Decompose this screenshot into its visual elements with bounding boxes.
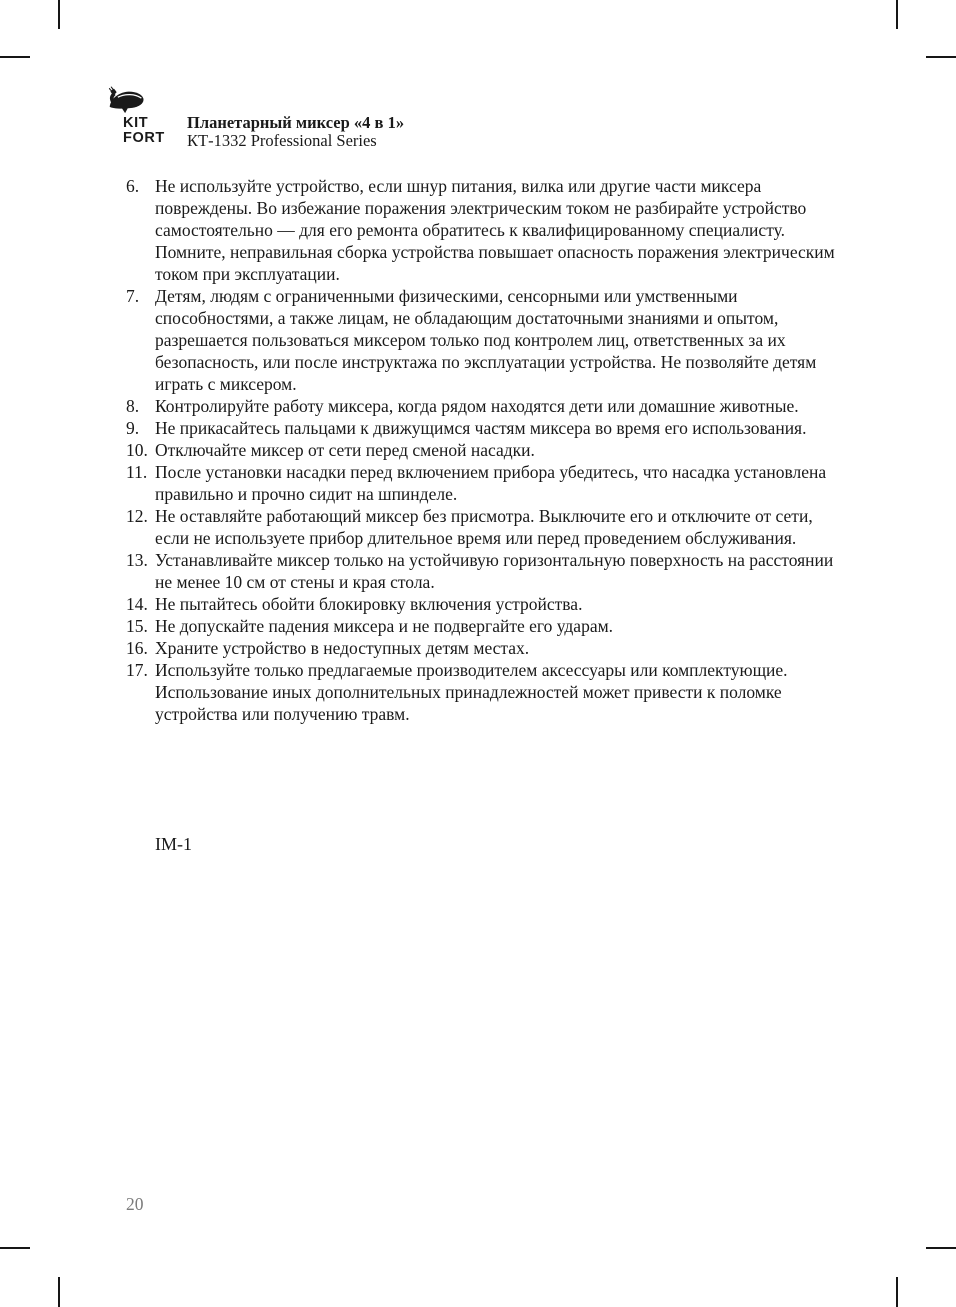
item-number: 6. (126, 175, 154, 197)
crop-mark-bottom-right-horizontal (926, 1247, 956, 1249)
item-number: 9. (126, 417, 154, 439)
item-number: 14. (126, 593, 154, 615)
safety-item-8: 8. Контролируйте работу миксера, когда р… (126, 395, 848, 417)
safety-item-13: 13. Устанавливайте миксер только на усто… (126, 549, 848, 593)
logo-text-fort: FORT (123, 131, 176, 146)
item-text: Храните устройство в недоступных детям м… (155, 638, 529, 658)
safety-item-16: 16. Храните устройство в недоступных дет… (126, 637, 848, 659)
document-header: Планетарный миксер «4 в 1» КТ-1332 Profe… (187, 114, 404, 150)
safety-item-14: 14. Не пытайтесь обойти блокировку включ… (126, 593, 848, 615)
item-number: 10. (126, 439, 154, 461)
page-number: 20 (126, 1193, 144, 1215)
safety-item-12: 12. Не оставляйте работающий миксер без … (126, 505, 848, 549)
safety-item-9: 9. Не прикасайтесь пальцами к движущимся… (126, 417, 848, 439)
logo-text-kit: KIT (123, 116, 176, 131)
manual-page: KIT FORT Планетарный миксер «4 в 1» КТ-1… (0, 0, 956, 1307)
crop-mark-bottom-left-vertical (58, 1277, 60, 1307)
item-text: Отключайте миксер от сети перед сменой н… (155, 440, 535, 460)
item-text: Не оставляйте работающий миксер без прис… (155, 506, 813, 548)
im-code: IM-1 (155, 833, 192, 855)
item-text: Не прикасайтесь пальцами к движущимся ча… (155, 418, 806, 438)
whale-plug-icon (106, 85, 146, 114)
item-number: 7. (126, 285, 154, 307)
item-number: 12. (126, 505, 154, 527)
crop-mark-bottom-right-vertical (896, 1277, 898, 1307)
item-number: 13. (126, 549, 154, 571)
item-text: Не пытайтесь обойти блокировку включения… (155, 594, 582, 614)
item-number: 15. (126, 615, 154, 637)
item-text: Используйте только предлагаемые производ… (155, 660, 788, 724)
safety-item-10: 10. Отключайте миксер от сети перед смен… (126, 439, 848, 461)
crop-mark-top-right-vertical (896, 0, 898, 29)
crop-mark-top-left-horizontal (0, 56, 30, 58)
safety-instructions-list: 6. Не используйте устройство, если шнур … (126, 175, 848, 725)
safety-item-17: 17. Используйте только предлагаемые прои… (126, 659, 848, 725)
item-text: Не используйте устройство, если шнур пит… (155, 176, 835, 284)
safety-item-11: 11. После установки насадки перед включе… (126, 461, 848, 505)
item-number: 11. (126, 461, 154, 483)
safety-item-7: 7. Детям, людям с ограниченными физическ… (126, 285, 848, 395)
kitfort-logo: KIT FORT (106, 85, 176, 145)
crop-mark-top-left-vertical (58, 0, 60, 29)
item-number: 17. (126, 659, 154, 681)
item-text: После установки насадки перед включением… (155, 462, 826, 504)
item-number: 16. (126, 637, 154, 659)
crop-mark-top-right-horizontal (926, 56, 956, 58)
product-title: Планетарный миксер «4 в 1» (187, 114, 404, 132)
item-text: Контролируйте работу миксера, когда рядо… (155, 396, 799, 416)
item-text: Устанавливайте миксер только на устойчив… (155, 550, 833, 592)
safety-item-6: 6. Не используйте устройство, если шнур … (126, 175, 848, 285)
item-number: 8. (126, 395, 154, 417)
item-text: Детям, людям с ограниченными физическими… (155, 286, 816, 394)
product-subtitle: КТ-1332 Professional Series (187, 132, 404, 150)
crop-mark-bottom-left-horizontal (0, 1247, 30, 1249)
safety-item-15: 15. Не допускайте падения миксера и не п… (126, 615, 848, 637)
item-text: Не допускайте падения миксера и не подве… (155, 616, 613, 636)
